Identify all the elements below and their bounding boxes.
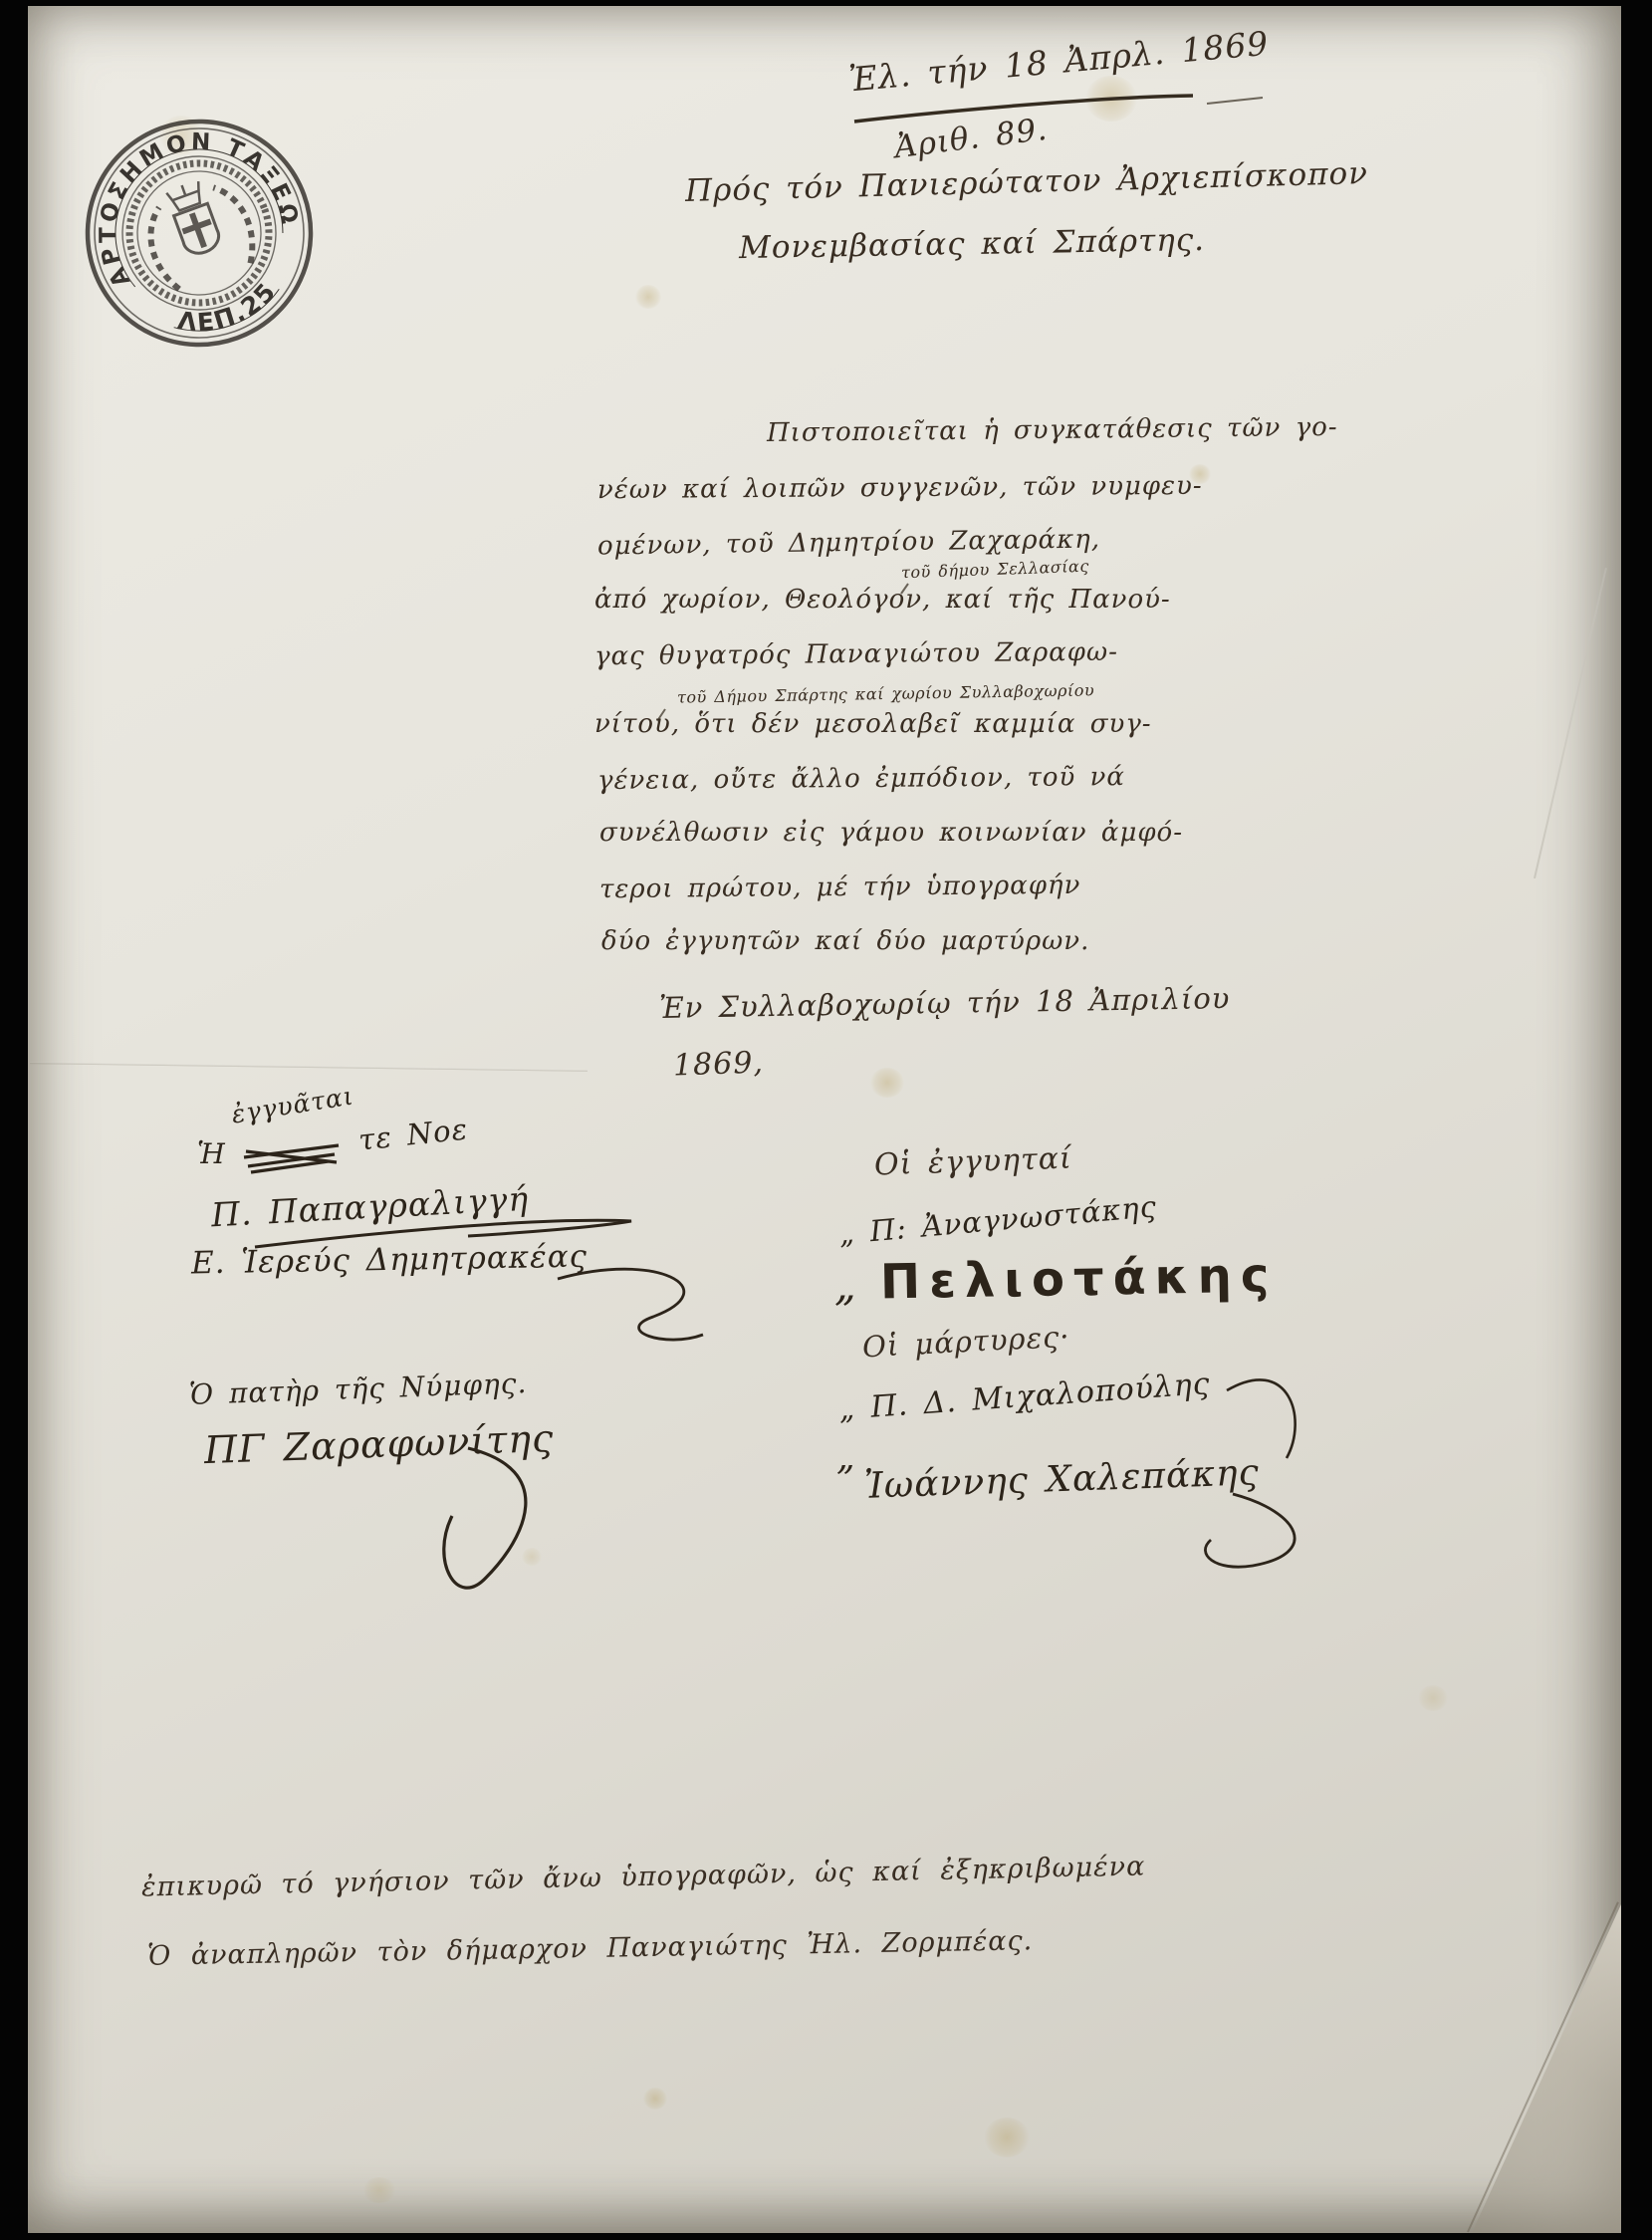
body-line-5: γας θυγατρός Παναγιώτου Ζαραφω-: [594, 638, 1118, 671]
signature-priest-dimitrakeas: Ε. Ἱερεύς Δημητρακέας: [191, 1240, 589, 1281]
paper-stain: [1085, 76, 1137, 122]
body-line-4: ἀπό χωρίον, Θεολόγον, καί τῆς Πανού-: [594, 586, 1171, 615]
body-line-2: νέων καί λοιπῶν συγγενῶν, τῶν νυμφευ-: [597, 472, 1203, 505]
fold-crease-right: [1534, 568, 1607, 878]
body-line-6: νίτου, ὅτι δέν μεσολαβεῖ καμμία συγ-: [594, 710, 1152, 739]
left-intro: Ἡ: [197, 1139, 226, 1170]
stamp-rings: ΧΑΡΤΟΣΗΜΟΝ ΤΑΞΕΩΣ ΛΕΠ.25: [80, 114, 319, 353]
body-line-9: τεροι πρώτου, μέ τήν ὑπογραφήν: [599, 871, 1081, 904]
signature-peliotakis: Πελιοτάκης: [880, 1250, 1279, 1310]
scanned-document: ΧΑΡΤΟΣΗΜΟΝ ΤΑΞΕΩΣ ΛΕΠ.25 Ἐλ. τήν 18 Ἀπρλ…: [0, 0, 1652, 2240]
paper-stain: [870, 1068, 904, 1098]
body-line-7: γένεια, οὔτε ἄλλο ἐμπόδιον, τοῦ νά: [597, 763, 1125, 795]
paper-stain: [643, 2088, 667, 2110]
guarantor-2-mark: „: [834, 1263, 857, 1309]
witness-2-mark: „: [836, 1438, 856, 1478]
guarantors-heading: Οἱ ἐγγυηταί: [873, 1142, 1072, 1182]
paper-stain: [522, 1548, 542, 1566]
fold-crease-horizontal: [30, 1062, 588, 1072]
body-line-10: δύο ἐγγυητῶν καί δύο μαρτύρων.: [601, 927, 1089, 956]
dateline-year: 1869,: [672, 1046, 764, 1082]
paper-stain: [362, 2177, 396, 2203]
paper-stain: [1418, 1685, 1448, 1711]
body-line-8: συνέλθωσιν εἰς γάμου κοινωνίαν ἀμφό-: [599, 819, 1183, 848]
address-line-2: Μονεμβασίας καί Σπάρτης.: [739, 223, 1206, 265]
paper-stain: [635, 285, 661, 309]
revenue-stamp: ΧΑΡΤΟΣΗΜΟΝ ΤΑΞΕΩΣ ΛΕΠ.25: [80, 114, 319, 353]
paper-stain: [984, 2117, 1030, 2157]
body-line-1: Πιστοποιεῖται ἡ συγκατάθεσις τῶν γο-: [767, 413, 1338, 448]
